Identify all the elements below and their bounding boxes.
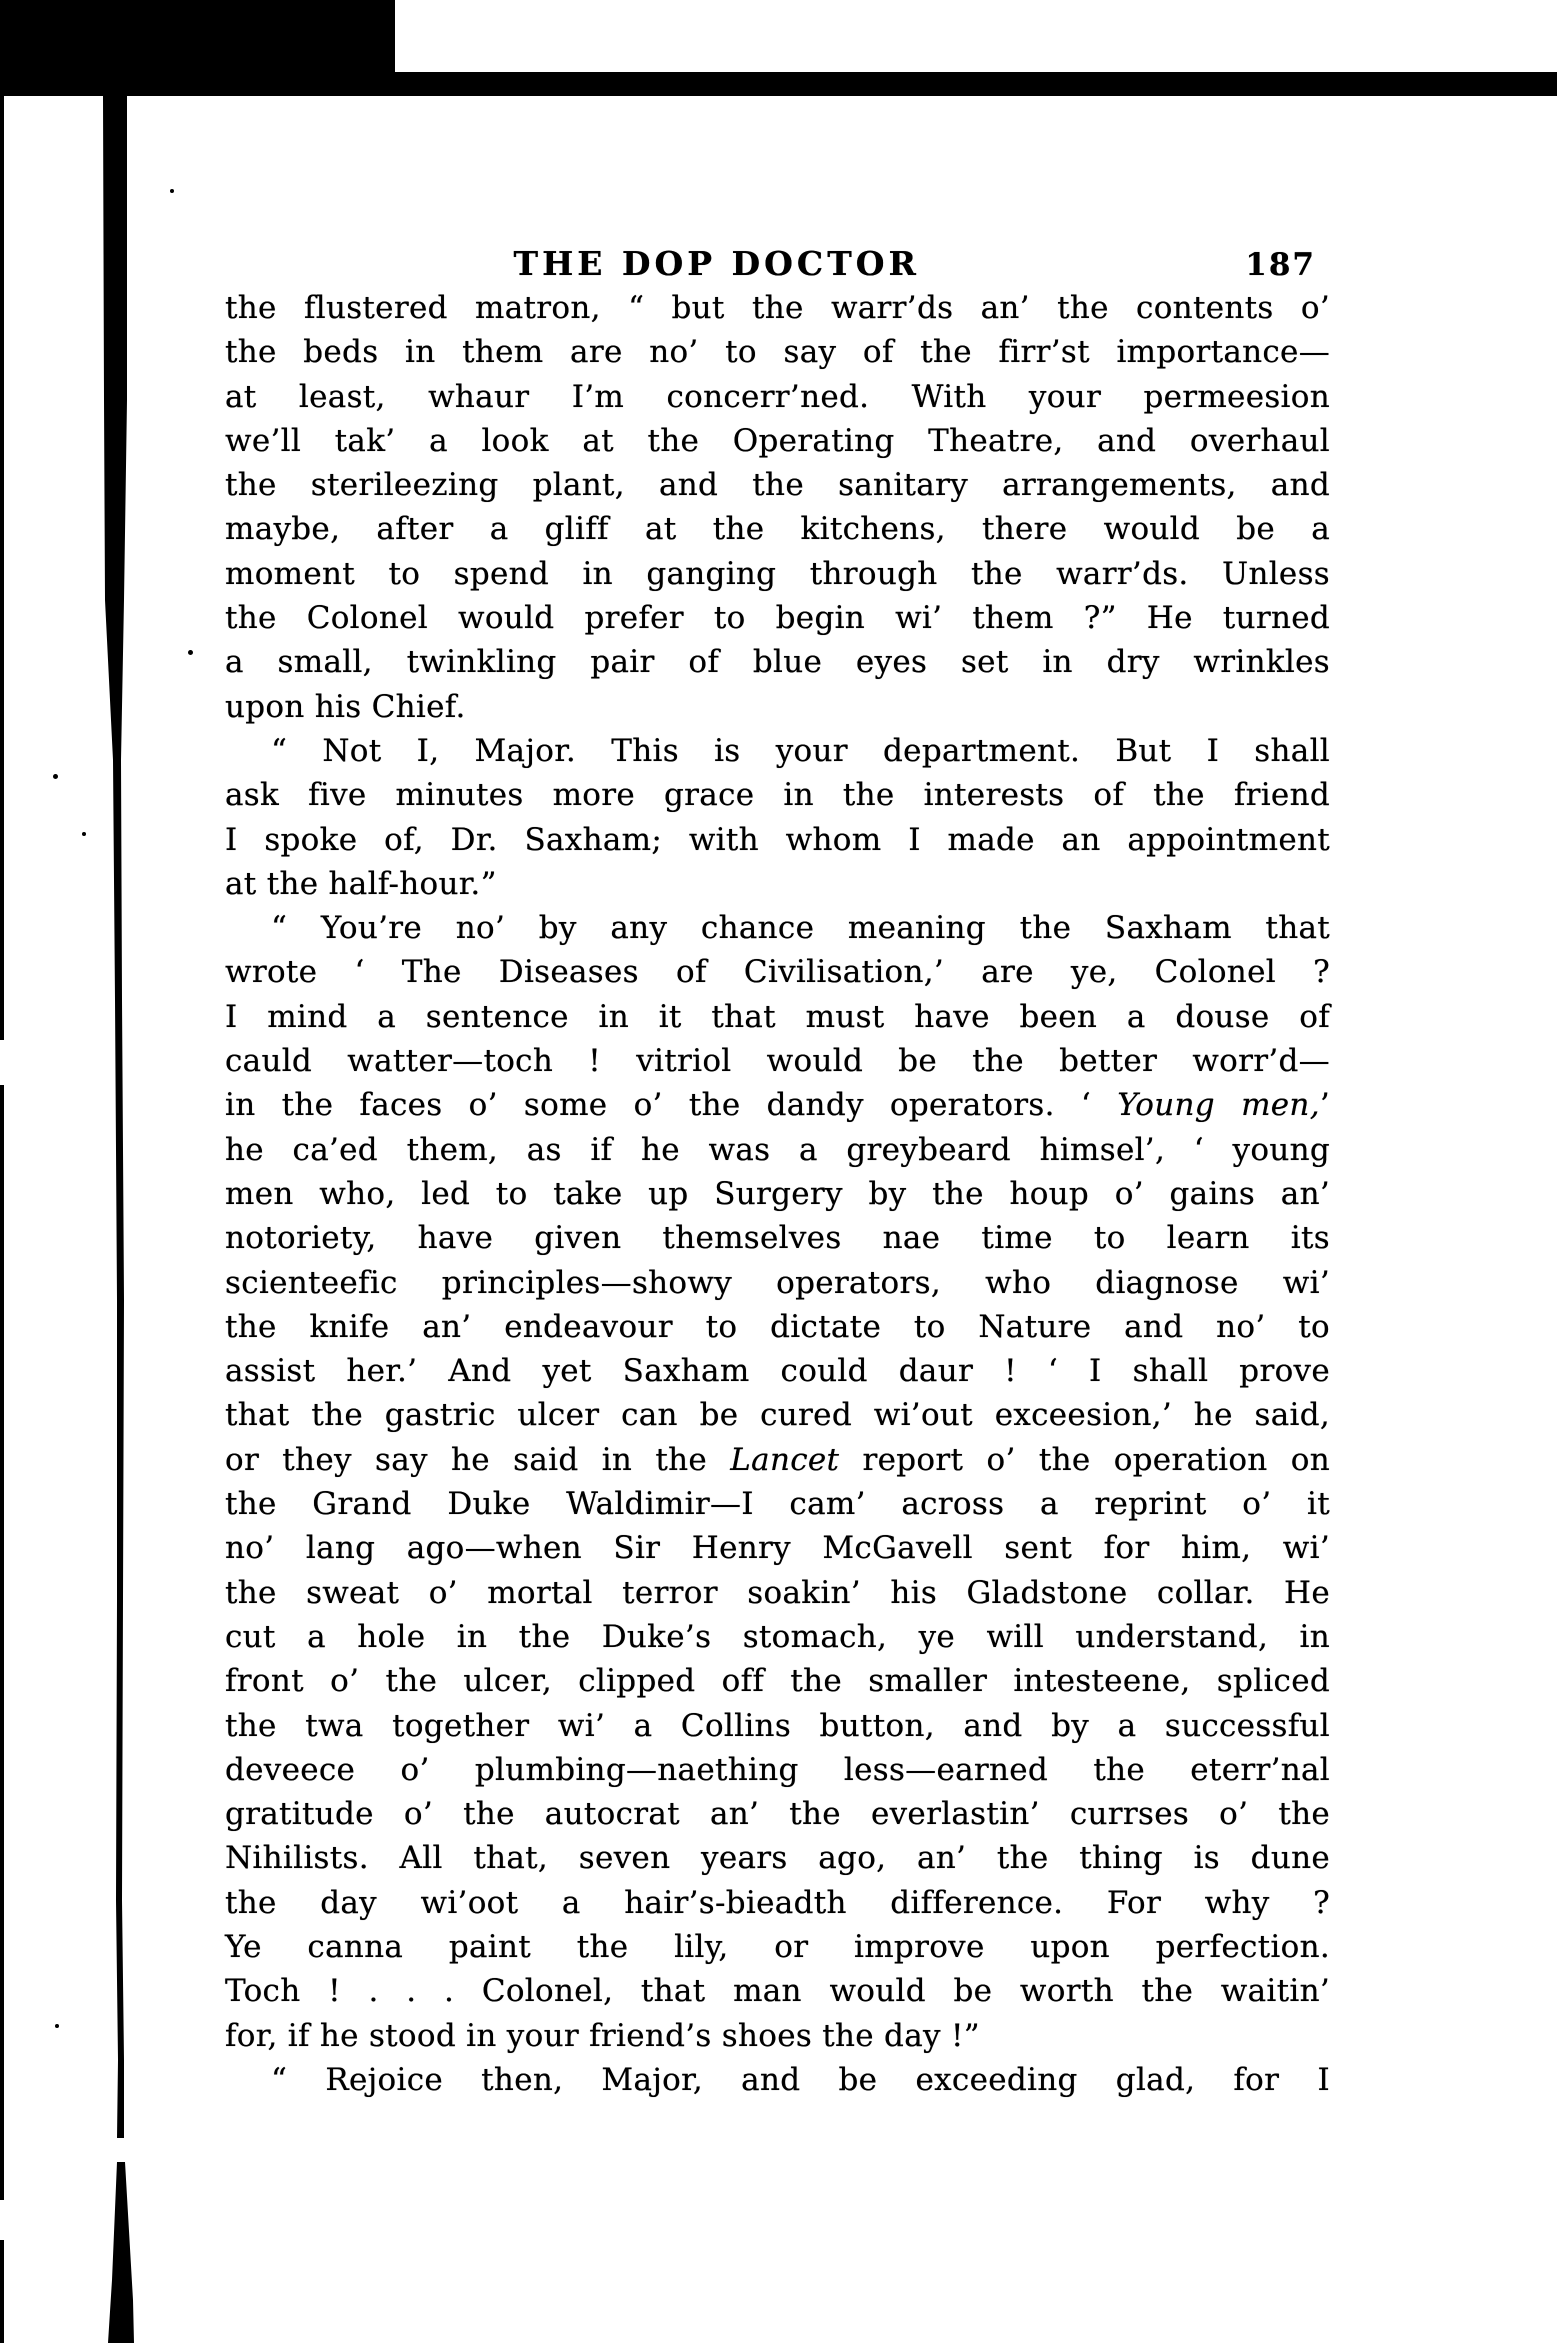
text-line: Nihilists. All that, seven years ago, an… bbox=[225, 1836, 1330, 1880]
page-text: the flustered matron, “ but the warr’ds … bbox=[225, 286, 1330, 2102]
page-content: THE DOP DOCTOR 187 the flustered matron,… bbox=[225, 0, 1330, 2343]
text-line: the beds in them are no’ to say of the f… bbox=[225, 330, 1330, 374]
text-line: wrote ‘ The Diseases of Civilisation,’ a… bbox=[225, 950, 1330, 994]
text-line: cut a hole in the Duke’s stomach, ye wil… bbox=[225, 1615, 1330, 1659]
text-line: the sterileezing plant, and the sanitary… bbox=[225, 463, 1330, 507]
text-line: ask five minutes more grace in the inter… bbox=[225, 773, 1330, 817]
paragraph: the flustered matron, “ but the warr’ds … bbox=[225, 286, 1330, 729]
paragraph: “ You’re no’ by any chance meaning the S… bbox=[225, 906, 1330, 2058]
scan-speck bbox=[82, 832, 86, 836]
text-line: no’ lang ago—when Sir Henry McGavell sen… bbox=[225, 1526, 1330, 1570]
text-line: I spoke of, Dr. Saxham; with whom I made… bbox=[225, 818, 1330, 862]
text-line: upon his Chief. bbox=[225, 685, 1330, 729]
text-line: scienteefic principles—showy operators, … bbox=[225, 1261, 1330, 1305]
text-line: Toch ! . . . Colonel, that man would be … bbox=[225, 1969, 1330, 2013]
text-line: the Grand Duke Waldimir—I cam’ across a … bbox=[225, 1482, 1330, 1526]
text-line: “ Not I, Major. This is your department.… bbox=[225, 729, 1330, 773]
text-line: maybe, after a gliff at the kitchens, th… bbox=[225, 507, 1330, 551]
text-line: for, if he stood in your friend’s shoes … bbox=[225, 2014, 1330, 2058]
text-line: at least, whaur I’m concerr’ned. With yo… bbox=[225, 375, 1330, 419]
text-line: or they say he said in the Lancet report… bbox=[225, 1438, 1330, 1482]
text-line: at the half-hour.” bbox=[225, 862, 1330, 906]
text-line: in the faces o’ some o’ the dandy operat… bbox=[225, 1083, 1330, 1127]
running-header-title: THE DOP DOCTOR bbox=[514, 244, 920, 283]
text-line: “ Rejoice then, Major, and be exceeding … bbox=[225, 2058, 1330, 2102]
text-line: that the gastric ulcer can be cured wi’o… bbox=[225, 1393, 1330, 1437]
text-line: assist her.’ And yet Saxham could daur !… bbox=[225, 1349, 1330, 1393]
text-line: the day wi’oot a hair’s-bieadth differen… bbox=[225, 1881, 1330, 1925]
scan-speck bbox=[55, 2024, 59, 2028]
text-line: moment to spend in ganging through the w… bbox=[225, 552, 1330, 596]
text-line: deveece o’ plumbing—naething less—earned… bbox=[225, 1748, 1330, 1792]
text-line: he ca’ed them, as if he was a greybeard … bbox=[225, 1128, 1330, 1172]
scan-speck bbox=[53, 774, 58, 779]
page-number: 187 bbox=[1245, 247, 1316, 283]
text-line: “ You’re no’ by any chance meaning the S… bbox=[225, 906, 1330, 950]
text-line: notoriety, have given themselves nae tim… bbox=[225, 1216, 1330, 1260]
book-gutter-shadow bbox=[0, 0, 200, 2343]
text-line: I mind a sentence in it that must have b… bbox=[225, 995, 1330, 1039]
text-line: the twa together wi’ a Collins button, a… bbox=[225, 1704, 1330, 1748]
text-line: front o’ the ulcer, clipped off the smal… bbox=[225, 1659, 1330, 1703]
paragraph: “ Not I, Major. This is your department.… bbox=[225, 729, 1330, 906]
text-line: the Colonel would prefer to begin wi’ th… bbox=[225, 596, 1330, 640]
book-page-scan: THE DOP DOCTOR 187 the flustered matron,… bbox=[0, 0, 1557, 2343]
text-line: gratitude o’ the autocrat an’ the everla… bbox=[225, 1792, 1330, 1836]
text-line: the knife an’ endeavour to dictate to Na… bbox=[225, 1305, 1330, 1349]
paragraph: “ Rejoice then, Major, and be exceeding … bbox=[225, 2058, 1330, 2102]
text-line: the sweat o’ mortal terror soakin’ his G… bbox=[225, 1571, 1330, 1615]
text-line: Ye canna paint the lily, or improve upon… bbox=[225, 1925, 1330, 1969]
scan-speck bbox=[188, 650, 193, 655]
text-line: a small, twinkling pair of blue eyes set… bbox=[225, 640, 1330, 684]
text-line: men who, led to take up Surgery by the h… bbox=[225, 1172, 1330, 1216]
text-line: cauld watter—toch ! vitriol would be the… bbox=[225, 1039, 1330, 1083]
scan-speck bbox=[170, 189, 174, 193]
text-line: the flustered matron, “ but the warr’ds … bbox=[225, 286, 1330, 330]
text-line: we’ll tak’ a look at the Operating Theat… bbox=[225, 419, 1330, 463]
